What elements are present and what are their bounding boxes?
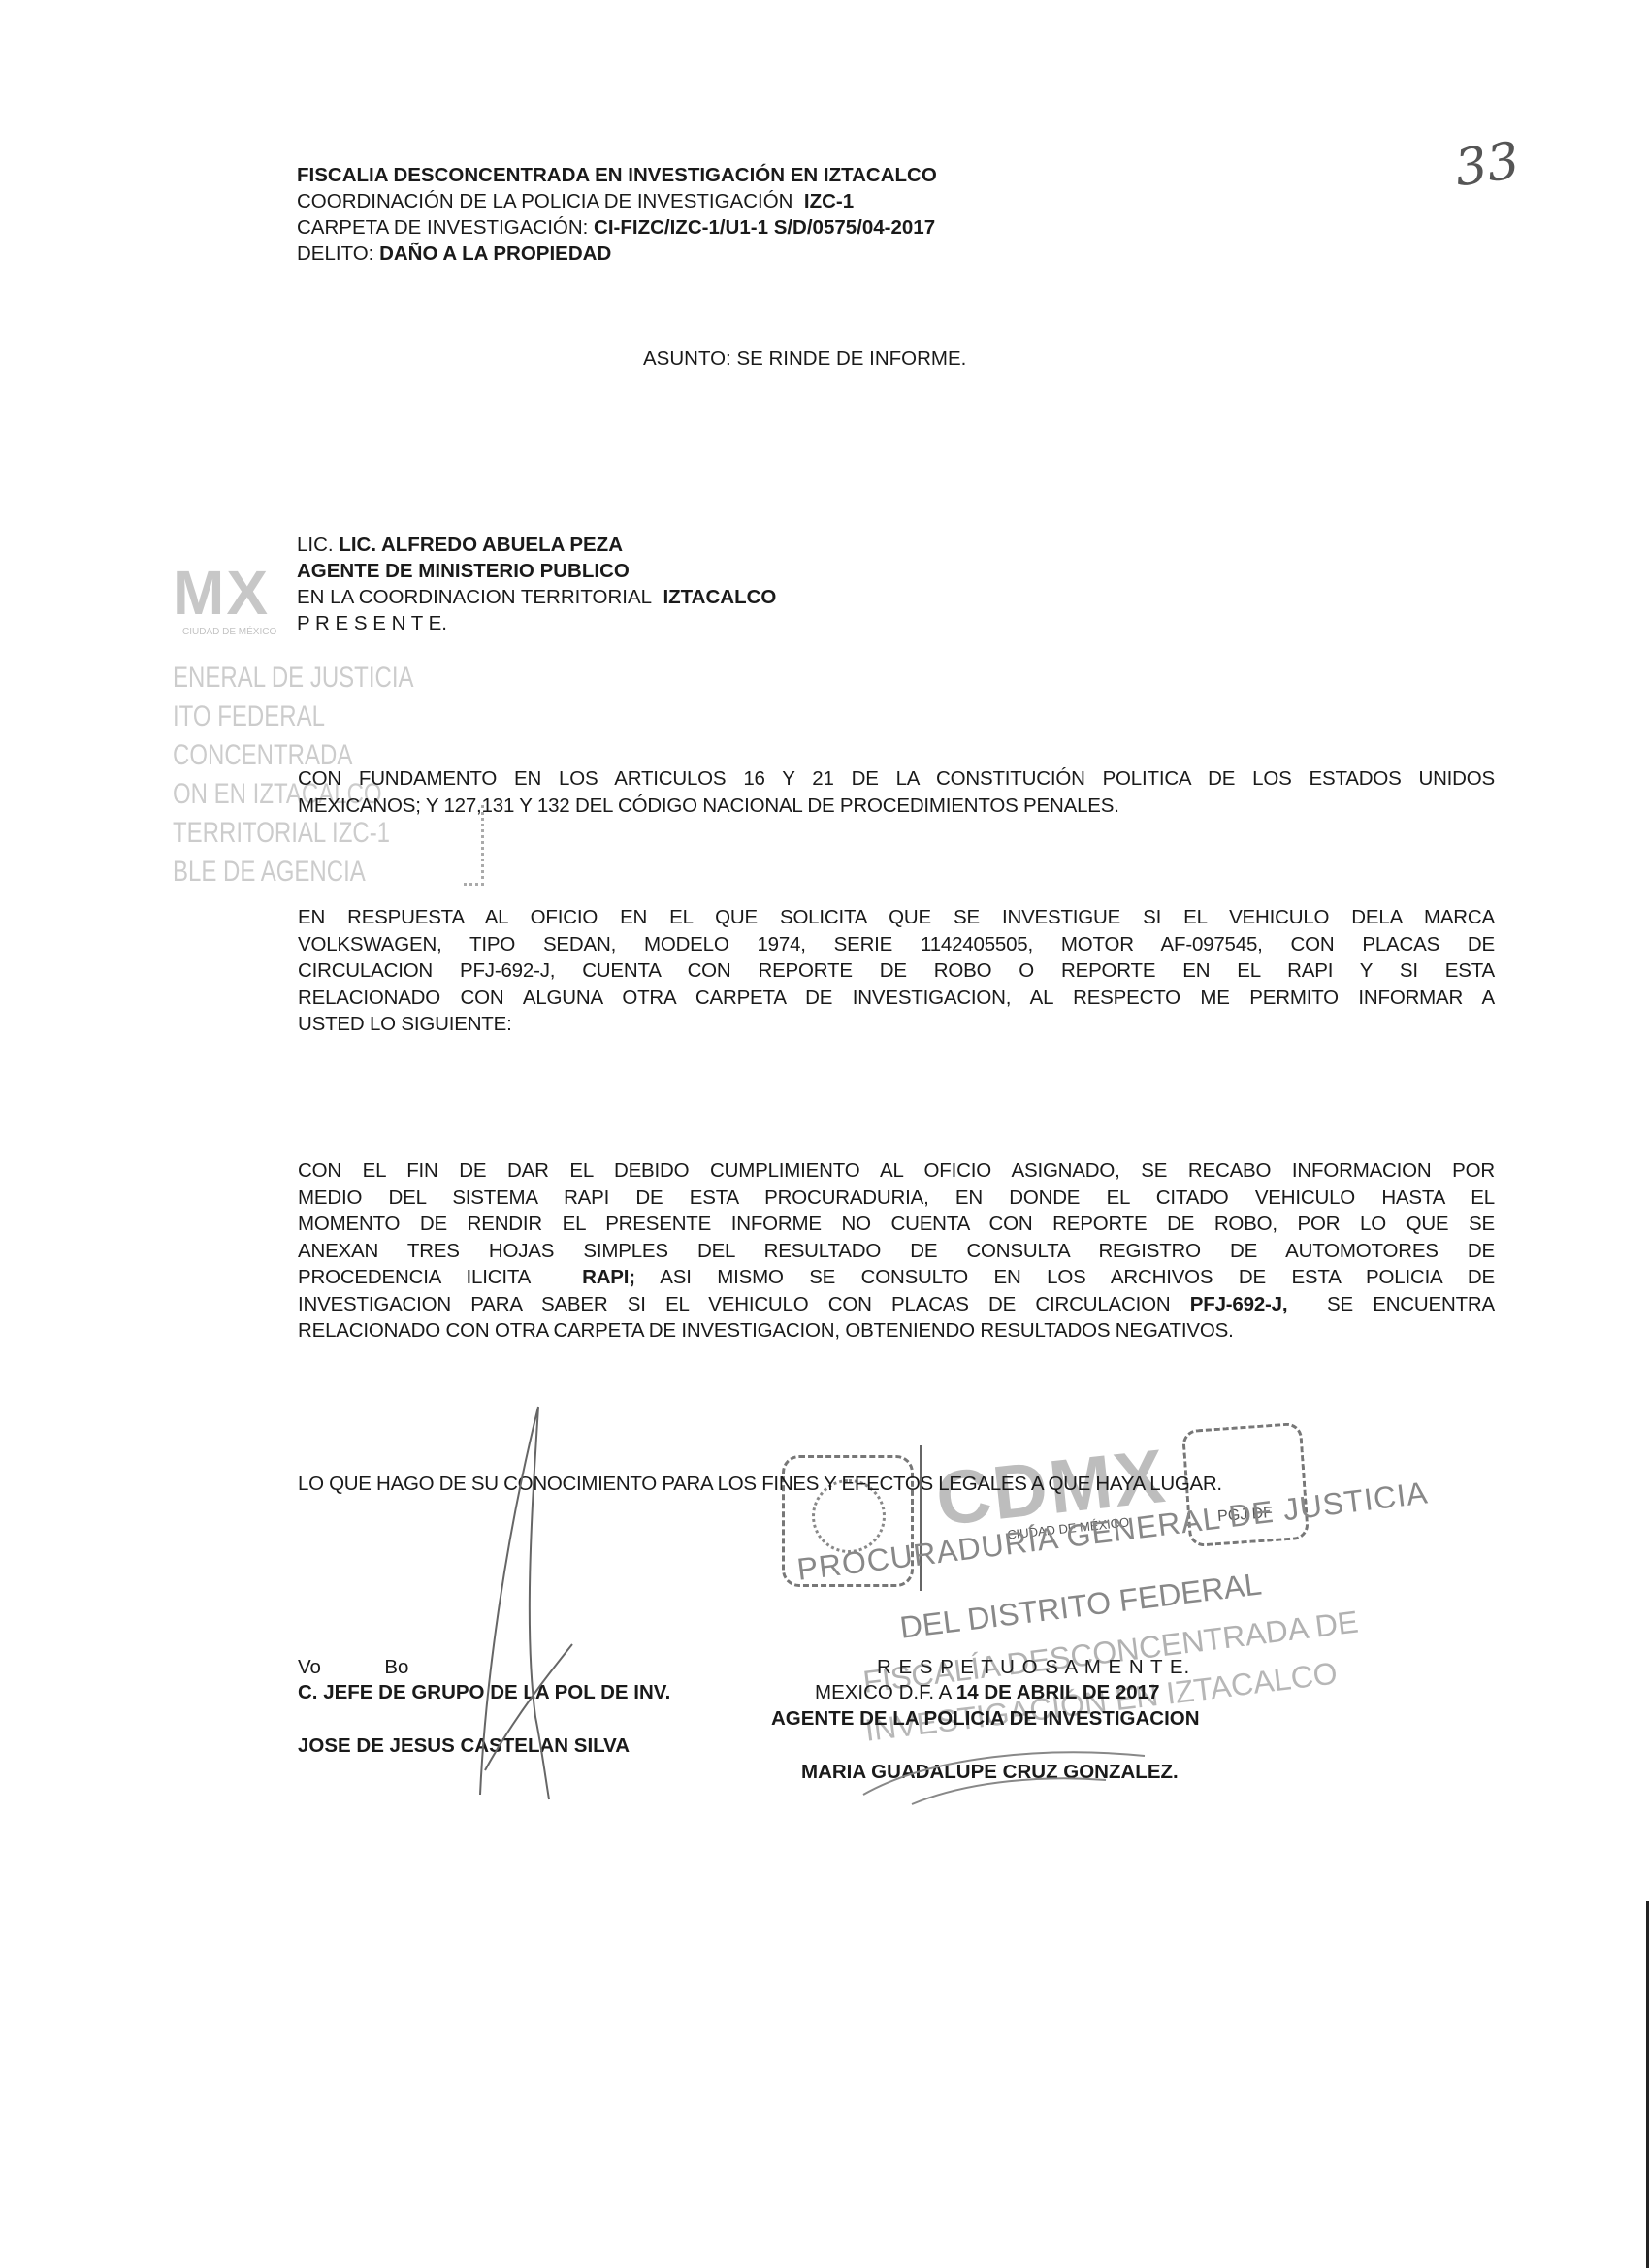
paragraph-line: INVESTIGACION PARA SABER SI EL VEHICULO … <box>298 1291 1495 1318</box>
paragraph-line: USTED LO SIGUIENTE: <box>298 1011 1495 1038</box>
addressee-title: AGENTE DE MINISTERIO PUBLICO <box>297 558 630 584</box>
addressee-location-label: EN LA COORDINACION TERRITORIAL <box>297 586 652 608</box>
left-handwritten-signature <box>427 1397 582 1804</box>
stamp-line: ITO FEDERAL <box>173 700 325 733</box>
addressee-location: EN LA COORDINACION TERRITORIAL IZTACALCO <box>297 584 776 610</box>
signing-date-value: 14 DE ABRIL DE 2017 <box>956 1681 1160 1703</box>
header-delito-label: DELITO: <box>297 243 373 265</box>
paragraph-line: RELACIONADO CON ALGUNA OTRA CARPETA DE I… <box>298 985 1495 1012</box>
stamp-mx-logo: MX <box>173 557 270 629</box>
stamp-line: TERRITORIAL IZC-1 <box>173 817 390 850</box>
header-fiscalia: FISCALIA DESCONCENTRADA EN INVESTIGACIÓN… <box>297 162 937 188</box>
header-coordinacion-code: IZC-1 <box>804 190 854 212</box>
paragraph-line: MEDIO DEL SISTEMA RAPI DE ESTA PROCURADU… <box>298 1184 1495 1212</box>
paragraph-line: MEXICANOS; Y 127,131 Y 132 DEL CÓDIGO NA… <box>298 793 1495 820</box>
paragraph-line: CON EL FIN DE DAR EL DEBIDO CUMPLIMIENTO… <box>298 1157 1495 1184</box>
subject-line: ASUNTO: SE RINDE DE INFORME. <box>643 347 966 371</box>
folio-number: 33 <box>1451 132 1523 199</box>
paragraph-line: CIRCULACION PFJ-692-J, CUENTA CON REPORT… <box>298 957 1495 985</box>
text-bold: RAPI; <box>582 1266 635 1288</box>
header-coordinacion-label: COORDINACIÓN DE LA POLICIA DE INVESTIGAC… <box>297 190 792 212</box>
addressee-fullname: LIC. ALFREDO ABUELA PEZA <box>339 534 623 556</box>
stamp-mx-sub: CIUDAD DE MÉXICO <box>182 627 276 637</box>
addressee-name: LIC. LIC. ALFREDO ABUELA PEZA <box>297 532 623 558</box>
right-handwritten-signature <box>854 1736 1164 1814</box>
vo-label: Vo <box>298 1656 321 1678</box>
stamp-line: ENERAL DE JUSTICIA <box>173 662 414 695</box>
paragraph-line: ANEXAN TRES HOJAS SIMPLES DEL RESULTADO … <box>298 1238 1495 1265</box>
header-carpeta-label: CARPETA DE INVESTIGACIÓN: <box>297 216 588 239</box>
paragraph-legal-basis: CON FUNDAMENTO EN LOS ARTICULOS 16 Y 21 … <box>298 765 1495 819</box>
addressee-location-name: IZTACALCO <box>663 586 776 608</box>
paragraph-line: EN RESPUESTA AL OFICIO EN EL QUE SOLICIT… <box>298 904 1495 931</box>
signing-place: MEXICO D.F. A <box>815 1681 951 1703</box>
addressee-prefix: LIC. <box>297 534 334 556</box>
paragraph-line: RELACIONADO CON OTRA CARPETA DE INVESTIG… <box>298 1317 1495 1345</box>
paragraph-line: PROCEDENCIA ILICITA RAPI; ASI MISMO SE C… <box>298 1264 1495 1291</box>
text: SE ENCUENTRA <box>1327 1293 1495 1315</box>
header-carpeta-number: CI-FIZC/IZC-1/U1-1 S/D/0575/04-2017 <box>594 216 935 239</box>
stamp-line: BLE DE AGENCIA <box>173 856 366 889</box>
paragraph-line: VOLKSWAGEN, TIPO SEDAN, MODELO 1974, SER… <box>298 931 1495 958</box>
signing-date: MEXICO D.F. A 14 DE ABRIL DE 2017 <box>815 1681 1159 1704</box>
vo-bo-label: Vo Bo <box>298 1656 408 1679</box>
header-coordinacion: COORDINACIÓN DE LA POLICIA DE INVESTIGAC… <box>297 188 854 214</box>
paragraph-line: MOMENTO DE RENDIR EL PRESENTE INFORME NO… <box>298 1211 1495 1238</box>
text: ASI MISMO SE CONSULTO EN LOS ARCHIVOS DE… <box>660 1266 1495 1288</box>
bo-label: Bo <box>384 1656 408 1678</box>
header-carpeta: CARPETA DE INVESTIGACIÓN: CI-FIZC/IZC-1/… <box>297 214 935 241</box>
respectfully-label: R E S P E T U O S A M E N T E. <box>877 1656 1190 1679</box>
text-bold: PFJ-692-J, <box>1190 1293 1288 1315</box>
right-signer-title: AGENTE DE LA POLICIA DE INVESTIGACION <box>771 1707 1200 1731</box>
paragraph-request: EN RESPUESTA AL OFICIO EN EL QUE SOLICIT… <box>298 904 1495 1038</box>
text: PROCEDENCIA ILICITA <box>298 1266 531 1288</box>
header-delito: DELITO: DAÑO A LA PROPIEDAD <box>297 241 611 267</box>
header-delito-value: DAÑO A LA PROPIEDAD <box>379 243 611 265</box>
text: INVESTIGACION PARA SABER SI EL VEHICULO … <box>298 1293 1170 1315</box>
paragraph-findings: CON EL FIN DE DAR EL DEBIDO CUMPLIMIENTO… <box>298 1157 1495 1345</box>
paragraph-line: CON FUNDAMENTO EN LOS ARTICULOS 16 Y 21 … <box>298 765 1495 793</box>
addressee-presente: P R E S E N T E. <box>297 610 447 636</box>
